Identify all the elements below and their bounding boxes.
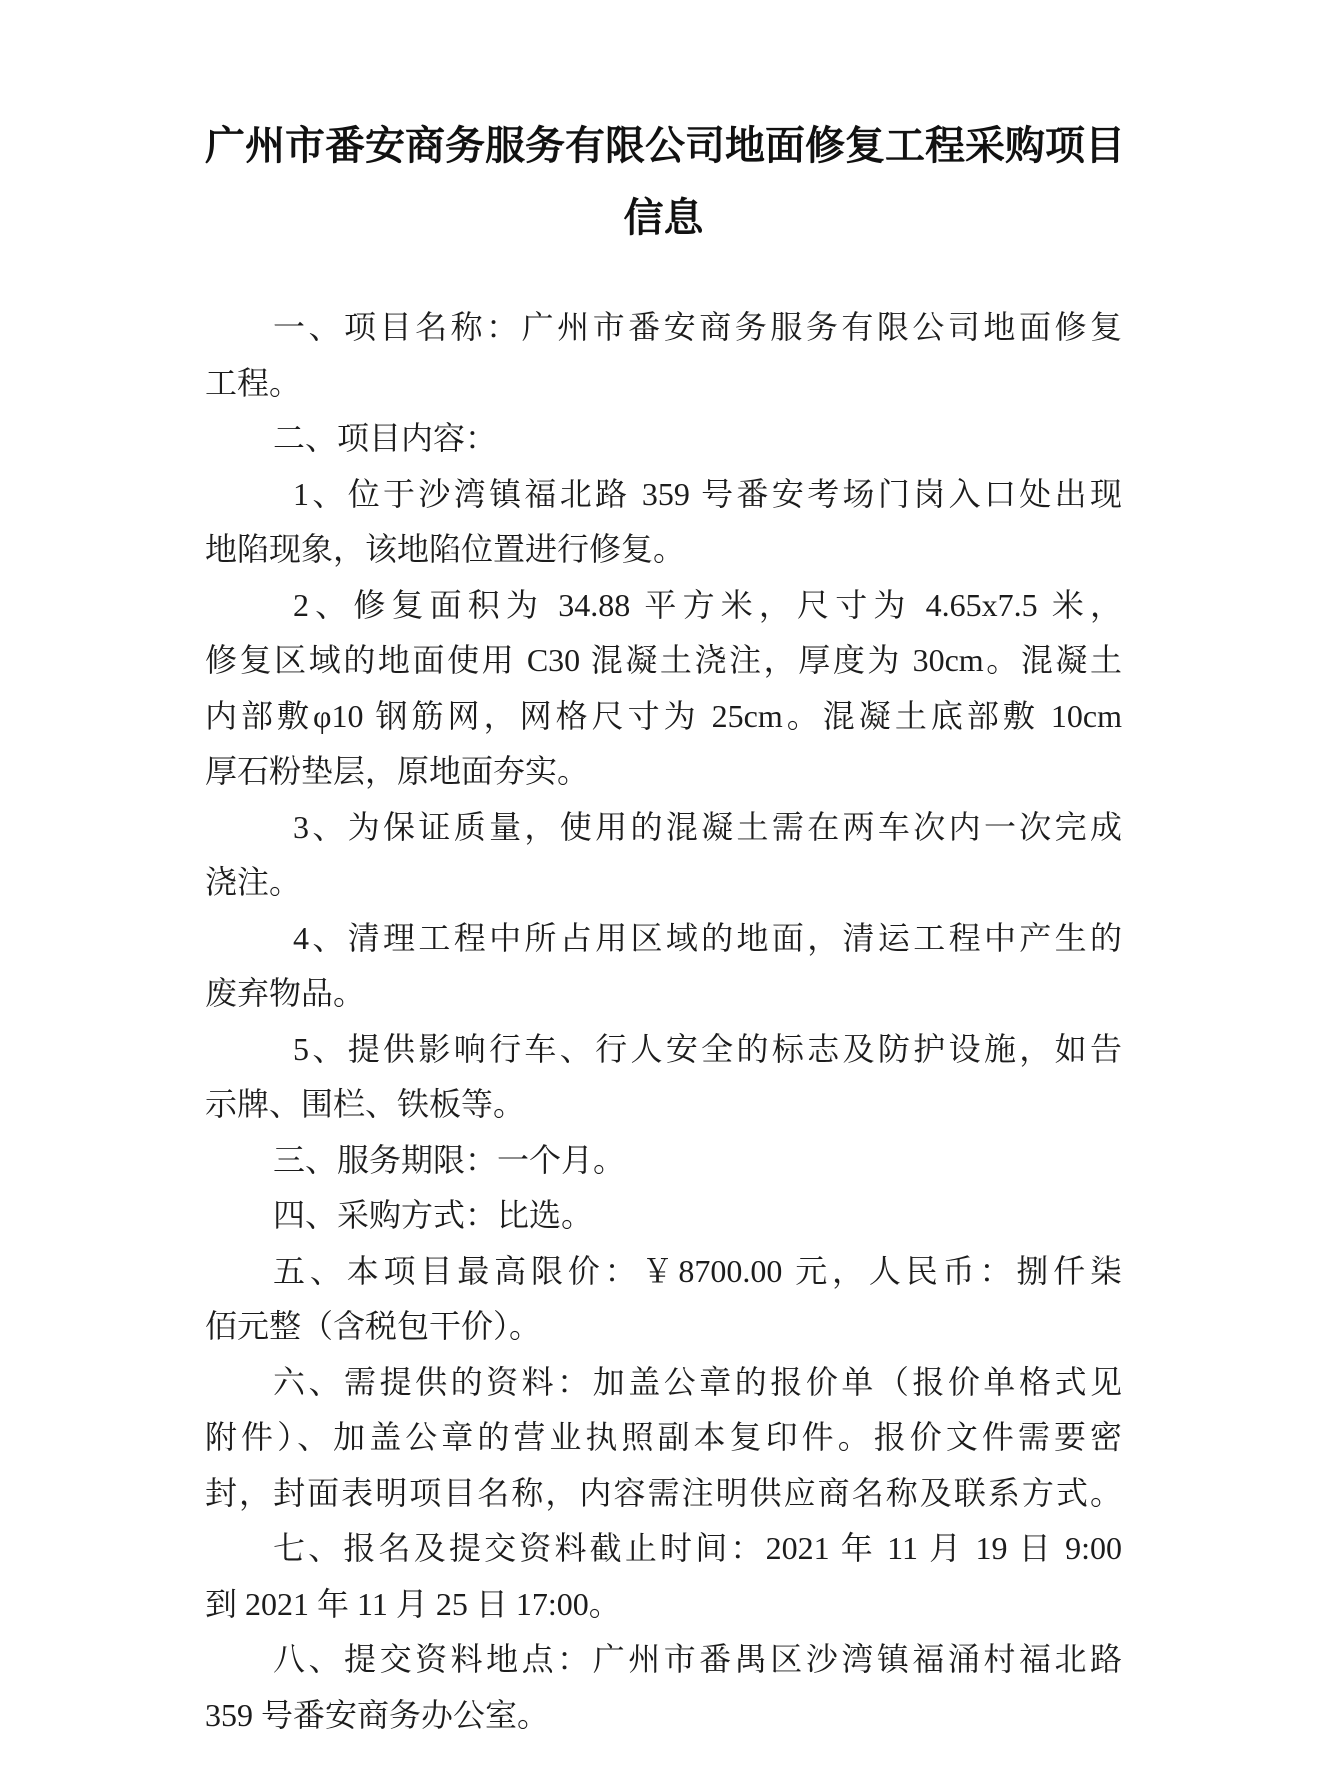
document-line: 一、项目名称：广州市番安商务服务有限公司地面修复 bbox=[205, 300, 1122, 356]
document-line: 四、采购方式：比选。 bbox=[205, 1188, 1122, 1244]
document-line: 示牌、围栏、铁板等。 bbox=[205, 1077, 1122, 1133]
document-line: 附件）、加盖公章的营业执照副本复印件。报价文件需要密 bbox=[205, 1410, 1122, 1466]
document-line: 359 号番安商务办公室。 bbox=[205, 1688, 1122, 1744]
document-title-line-1: 广州市番安商务服务有限公司地面修复工程采购项目 bbox=[205, 110, 1122, 182]
document-line: 七、报名及提交资料截止时间：2021 年 11 月 19 日 9:00 bbox=[205, 1521, 1122, 1577]
document-line: 五、本项目最高限价：￥8700.00 元，人民币：捌仟柒 bbox=[205, 1244, 1122, 1300]
document-line: 三、服务期限：一个月。 bbox=[205, 1133, 1122, 1189]
document-line: 内部敷φ10 钢筋网，网格尺寸为 25cm。混凝土底部敷 10cm bbox=[205, 689, 1122, 745]
document-title: 广州市番安商务服务有限公司地面修复工程采购项目 信息 bbox=[205, 110, 1122, 254]
document-line: 4、清理工程中所占用区域的地面，清运工程中产生的 bbox=[205, 911, 1122, 967]
document-content: 广州市番安商务服务有限公司地面修复工程采购项目 信息 一、项目名称：广州市番安商… bbox=[205, 110, 1122, 1743]
document-line: 5、提供影响行车、行人安全的标志及防护设施，如告 bbox=[205, 1022, 1122, 1078]
document-line: 六、需提供的资料：加盖公章的报价单（报价单格式见 bbox=[205, 1355, 1122, 1411]
document-body: 一、项目名称：广州市番安商务服务有限公司地面修复 工程。 二、项目内容： 1、位… bbox=[205, 300, 1122, 1743]
document-line: 地陷现象，该地陷位置进行修复。 bbox=[205, 522, 1122, 578]
document-line: 到 2021 年 11 月 25 日 17:00。 bbox=[205, 1577, 1122, 1633]
document-line: 废弃物品。 bbox=[205, 966, 1122, 1022]
document-title-line-2: 信息 bbox=[205, 182, 1122, 254]
document-line: 二、项目内容： bbox=[205, 411, 1122, 467]
document-line: 1、位于沙湾镇福北路 359 号番安考场门岗入口处出现 bbox=[205, 467, 1122, 523]
document-line: 封，封面表明项目名称，内容需注明供应商名称及联系方式。 bbox=[205, 1466, 1122, 1522]
document-line: 厚石粉垫层，原地面夯实。 bbox=[205, 744, 1122, 800]
document-line: 佰元整（含税包干价）。 bbox=[205, 1299, 1122, 1355]
document-line: 3、为保证质量，使用的混凝土需在两车次内一次完成 bbox=[205, 800, 1122, 856]
document-line: 八、提交资料地点：广州市番禺区沙湾镇福涌村福北路 bbox=[205, 1632, 1122, 1688]
document-line: 2、修复面积为 34.88 平方米，尺寸为 4.65x7.5 米， bbox=[205, 578, 1122, 634]
document-page: 广州市番安商务服务有限公司地面修复工程采购项目 信息 一、项目名称：广州市番安商… bbox=[0, 0, 1324, 1768]
document-line: 工程。 bbox=[205, 356, 1122, 412]
document-line: 浇注。 bbox=[205, 855, 1122, 911]
document-line: 修复区域的地面使用 C30 混凝土浇注，厚度为 30cm。混凝土 bbox=[205, 633, 1122, 689]
